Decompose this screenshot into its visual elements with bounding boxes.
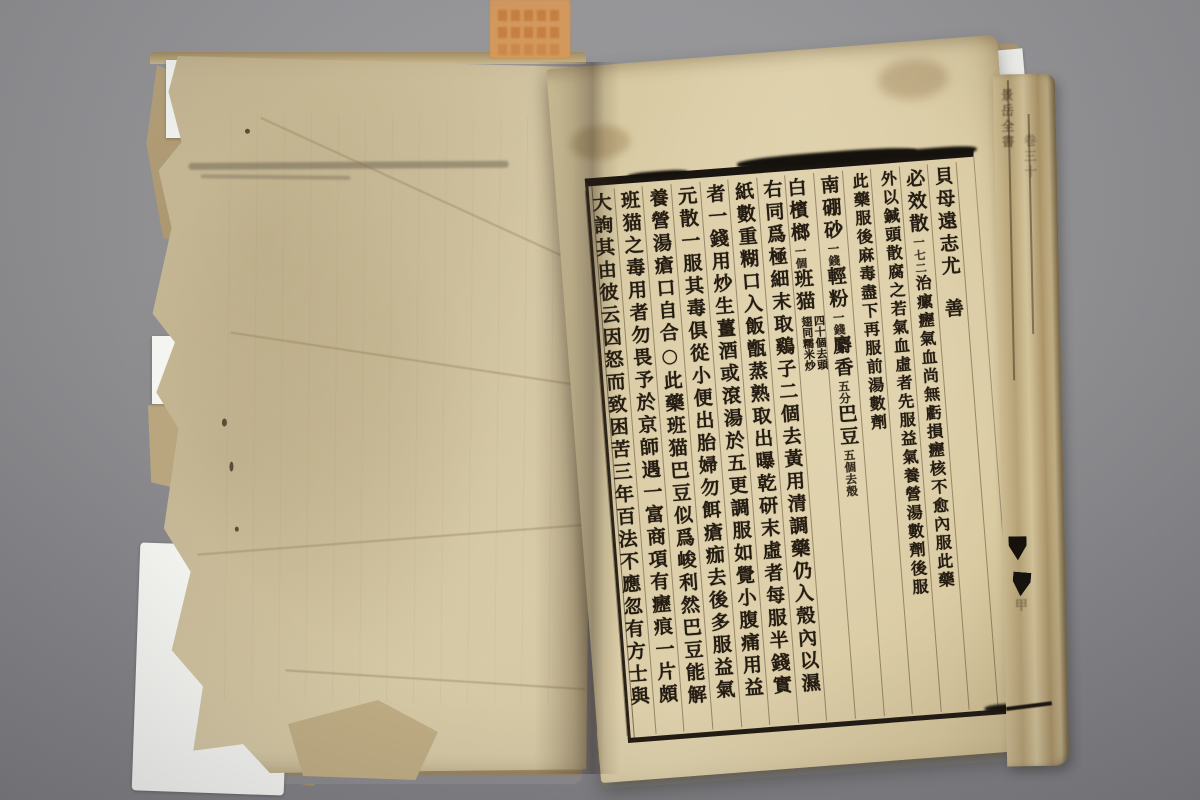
label-stamp-marks [498,10,560,21]
ink-smudge-top-border [627,169,687,180]
wormhole-dot [235,527,239,532]
dosage-note: 一個 [793,244,809,269]
stain-blob [877,57,950,102]
dosage-note: 五個去殼 [842,448,860,497]
label-stamp-marks [498,44,560,55]
dosage-note: 五分 [837,379,853,404]
column-text: 巴豆 [834,403,859,450]
column-text: 麝香 [829,334,854,381]
column-text: 必效散 [902,168,929,237]
edge-page-number-fragment: 甲 [1010,598,1030,624]
wormhole-dot [245,129,250,134]
column-text: 貝母遠志尤 [931,165,962,279]
fishtail-mark [1011,572,1031,597]
fishtail-mark [1008,536,1026,560]
column-text: 善 [941,297,965,321]
dosage-note: 一錢 [831,311,847,336]
column-text: 輕粉 [824,265,849,312]
vertical-text-columns: 貝母遠志尤善必效散一七二治瘰癧氣血尚無虧損癧核不愈內服此藥外以鍼頭散腐之若氣血虛… [588,157,1015,738]
double-line-note: 四十個去頭翅同糯米炒 [799,314,828,371]
call-number-label [490,0,570,58]
edge-volume-number: 卷三十 [1020,134,1041,254]
formula-number: 一七二 [912,235,929,275]
dosage-note: 一錢 [826,242,842,267]
column-text: 南硼砂 [817,174,844,243]
stain-blob [569,123,631,162]
wormhole-dot [222,419,227,427]
right-page-printed: 貝母遠志尤善必效散一七二治瘰癧氣血尚無虧損癧核不愈內服此藥外以鍼頭散腐之若氣血虛… [546,35,1052,784]
bleedthrough-striations [198,114,566,705]
label-stamp-marks [498,27,560,38]
text-frame-border: 貝母遠志尤善必效散一七二治瘰癧氣血尚無虧損癧核不愈內服此藥外以鍼頭散腐之若氣血虛… [585,149,1017,743]
fore-edge-strip: 景岳全書 卷三十 甲 [993,73,1069,766]
photo-of-open-woodblock-book: { "book_type": "woodblock-printed Chines… [0,0,1200,800]
edge-border-line [1006,701,1052,711]
left-page-blank [134,56,593,777]
edge-running-title: 景岳全書 [997,88,1019,298]
